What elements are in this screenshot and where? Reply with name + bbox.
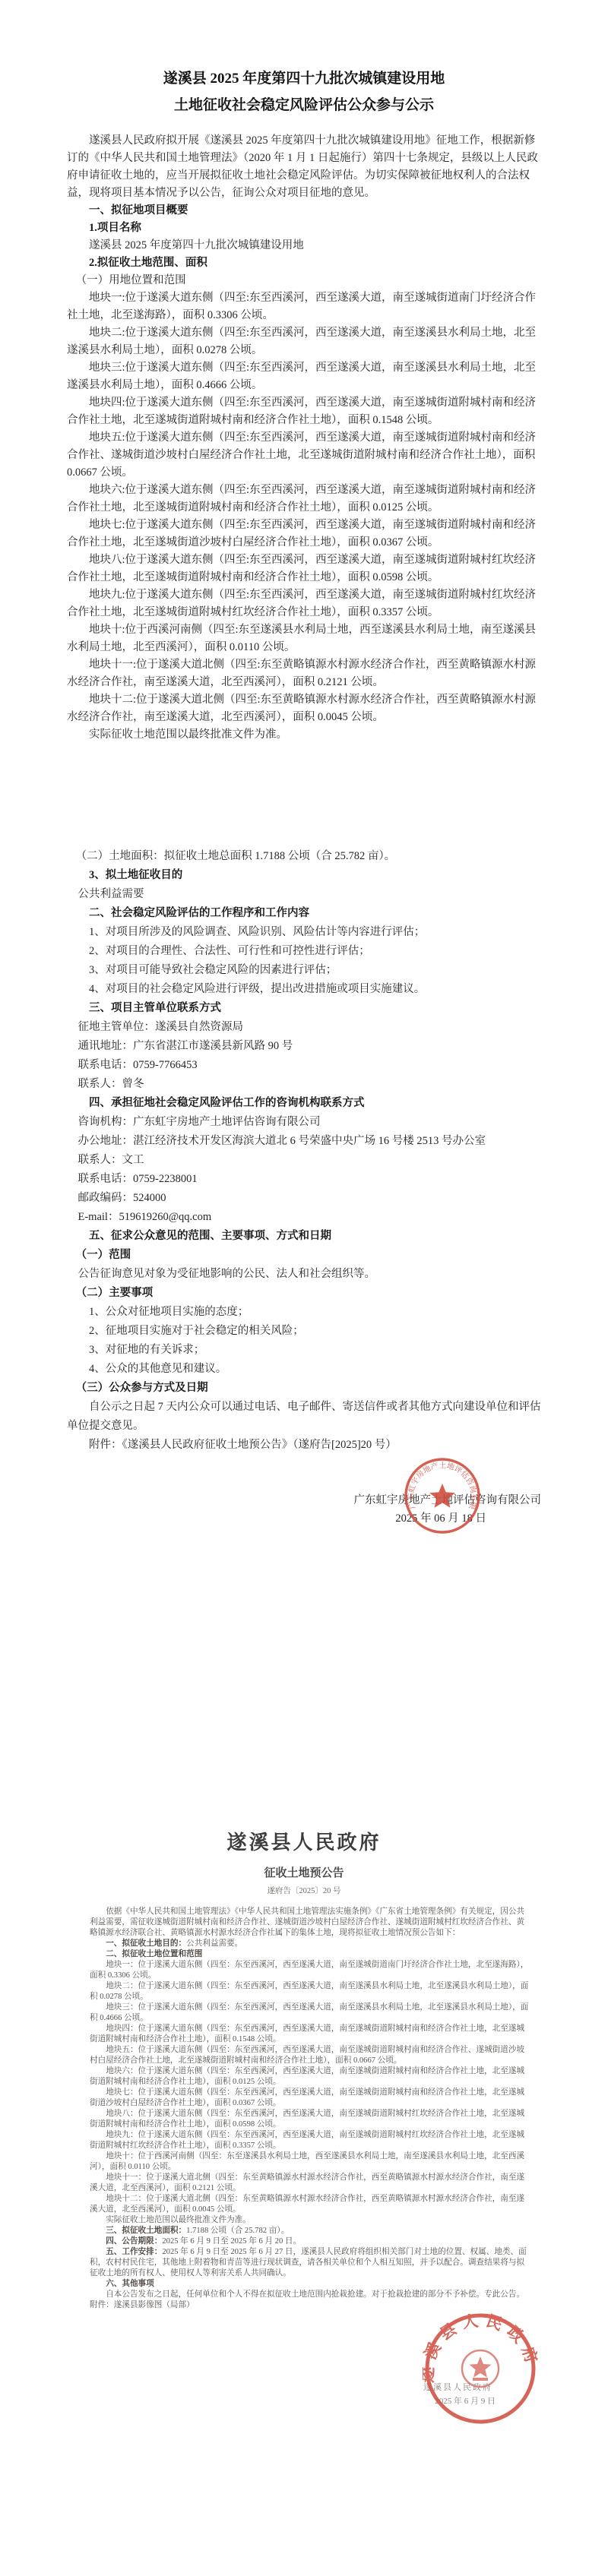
parcel-item: 地块二:位于遂溪大道东侧（四至:东至西溪河，西至遂溪大道，南至遂溪县水利局土地，… [67, 324, 541, 359]
project-name: 遂溪县 2025 年度第四十九批次城镇建设用地 [67, 237, 541, 254]
doc-number: 遂府告〔2025〕20 号 [0, 1885, 608, 1896]
heading-location: （一）用地位置和范围 [67, 272, 541, 289]
matter-item: 2、征地项目实施对于社会稳定的相关风险； [67, 1322, 541, 1341]
authority-line: 征地主管单位：遂溪县自然资源局 [67, 1018, 541, 1037]
parcel-item: 地块七:位于遂溪大道东侧（四至:东至西溪河，西至遂溪大道，南至遂城街道附城村南和… [67, 517, 541, 552]
signature-company: 广东虹宇房地产土地评估咨询有限公司 [354, 1491, 542, 1507]
section-label: 四、公告期限： [106, 2237, 162, 2246]
agency-line: 联系人：文工 [67, 1151, 541, 1170]
agency-line: 咨询机构：广东虹宇房地产土地评估咨询有限公司 [67, 1113, 541, 1132]
parcel-item: 地块十一：位于遂溪大道北侧（四至：东至黄略镇源水村源水经济合作社，西至黄略镇源水… [90, 2173, 532, 2194]
doc1-title: 遂溪县 2025 年度第四十九批次城镇建设用地 土地征收社会稳定风险评估公众参与… [67, 65, 541, 119]
emblem-star-icon [470, 2356, 492, 2378]
authority-line: 联系人：曾冬 [67, 1075, 541, 1094]
section-label: 一、拟征收土地目的： [106, 1939, 186, 1948]
parcel-item: 地块八：位于遂溪大道东侧（四至：东至西溪河，西至遂溪大道，南至遂城街道附城村红坎… [90, 2109, 532, 2130]
matter-item: 1、公众对征地项目实施的态度； [67, 1303, 541, 1322]
heading-project-name: 1.项目名称 [67, 220, 541, 237]
doc2-section-schedule: 五、工作安排：2025 年 6 月 9 日至 2025 年 6 月 27 日，遂… [90, 2247, 532, 2279]
final-note: 实际征收土地范围以最终批准文件为准。 [90, 2215, 532, 2226]
doc1-attachment-line: 附件：《遂溪县人民政府征收土地预公告》（遂府告[2025]20 号） [67, 1436, 541, 1455]
gov-title: 遂溪县人民政府 [0, 1827, 608, 1855]
announcement-page: 遂溪县 2025 年度第四十九批次城镇建设用地 土地征收社会稳定风险评估公众参与… [0, 0, 608, 2576]
agency-line: 办公地址：湛江经济技术开发区海滨大道北 6 号荣盛中央广场 16 号楼 2513… [67, 1132, 541, 1151]
doc2-attachment-line: 附件：遂溪县影像图（局部） [90, 2300, 532, 2311]
parcel-item: 地块五：位于遂溪大道东侧（四至：东至西溪河，西至遂溪大道，南至遂城街道附城村南和… [90, 2045, 532, 2066]
doc2-section-purpose: 一、拟征收土地目的：公共利益需要。 [90, 1939, 532, 1949]
parcel-item: 地块四：位于遂溪大道东侧（四至：东至西溪河，西至遂溪大道，南至遂城街道附城村南和… [90, 2024, 532, 2045]
doc1-title-line1: 遂溪县 2025 年度第四十九批次城镇建设用地 [67, 65, 541, 92]
parcel-item: 地块九:位于遂溪大道东侧（四至:东至西溪河，西至遂溪大道，南至遂城街道附城村红坎… [67, 586, 541, 621]
parcel-item: 地块十二：位于遂溪大道北侧（四至：东至黄略镇源水村源水经济合作社，西至黄略镇源水… [90, 2194, 532, 2215]
parcel-item: 地块十二:位于遂溪大道北侧（四至:东至黄略镇源水村源水经济合作社，西至黄略镇源水… [67, 691, 541, 726]
gov-signature-date: 2025 年 6 月 9 日 [435, 2394, 496, 2407]
section-label: 五、工作安排： [106, 2248, 162, 2256]
parcel-item: 地块三：位于遂溪大道东侧（四至：东至西溪河，西至遂溪大道，南至遂溪县水利局土地，… [90, 2002, 532, 2024]
doc2-section-period: 四、公告期限：2025 年 6 月 9 日至 2025 年 6 月 20 日。 [90, 2236, 532, 2247]
doc1-body-part1: 遂溪县人民政府拟开展《遂溪县 2025 年度第四十九批次城镇建设用地》征地工作，… [67, 132, 541, 744]
parcel-item: 地块十一:位于遂溪大道北侧（四至:东至黄略镇源水村源水经济合作社，西至黄略镇源水… [67, 656, 541, 691]
pre-announcement-attachment: 遂溪县人民政府 征收土地预公告 遂府告〔2025〕20 号 依据《中华人民共和国… [0, 1599, 608, 2448]
heading-assessment: 二、社会稳定风险评估的工作程序和工作内容 [67, 904, 541, 923]
svg-text:遂溪县人民政府: 遂溪县人民政府 [423, 2311, 538, 2383]
parcel-item: 地块二：位于遂溪大道东侧（四至：东至西溪河，西至遂溪大道，南至遂溪县水利局土地，… [90, 1981, 532, 2002]
notice-title: 征收土地预公告 [0, 1864, 608, 1880]
land-area-line: （二）土地面积：拟征收土地总面积 1.7188 公顷（合 25.782 亩）。 [67, 847, 541, 866]
heading-opinion-range: （一）范围 [67, 1246, 541, 1265]
parcel-item: 地块六:位于遂溪大道东侧（四至:东至西溪河，西至遂溪大道，南至遂城街道附城村南和… [67, 482, 541, 517]
assess-item: 4、对项目的社会稳定风险进行评级，提出改进措施或项目实施建议。 [67, 980, 541, 999]
parcel-item: 地块八:位于遂溪大道东侧（四至:东至西溪河，西至遂溪大道，南至遂城街道附城村红坎… [67, 552, 541, 586]
opinion-method-text: 自公示之日起 7 天内公众可以通过电话、电子邮件、寄送信件或者其他方式向建设单位… [67, 1398, 541, 1436]
page-break-gap [67, 744, 541, 847]
parcel-item: 地块五:位于遂溪大道东侧（四至:东至西溪河，西至遂溪大道，南至遂城街道附城村南和… [67, 429, 541, 482]
parcel-item: 地块十：位于西溪河南侧（四至：东至遂溪县水利局土地，西至遂溪县水利局土地，南至遂… [90, 2151, 532, 2173]
government-seal-icon: 遂溪县人民政府 [423, 2311, 538, 2426]
parcel-item: 地块三:位于遂溪大道东侧（四至:东至西溪河，西至遂溪大道，南至遂溪县水利局土地，… [67, 359, 541, 394]
agency-line: 联系电话：0759-2238001 [67, 1170, 541, 1189]
doc1-signature-block: 广东虹宇房地产土地评估咨询有限公司 2025 年 06 月 18 日 广东虹宇房… [67, 1470, 541, 1599]
final-note: 实际征收土地范围以最终批准文件为准。 [67, 726, 541, 744]
doc1-intro: 遂溪县人民政府拟开展《遂溪县 2025 年度第四十九批次城镇建设用地》征地工作，… [67, 132, 541, 202]
parcel-item: 地块一：位于遂溪大道东侧（四至：东至西溪河，西至遂溪大道，南至遂城街道南门圩经济… [90, 1960, 532, 1981]
heading-overview: 一、拟征地项目概要 [67, 202, 541, 220]
signature-date: 2025 年 06 月 18 日 [395, 1509, 486, 1525]
doc2-signature-block: 遂溪县人民政府 2025 年 6 月 9 日 遂溪县人民政府 [90, 2311, 532, 2448]
gov-signature-name: 遂溪县人民政府 [423, 2381, 492, 2393]
heading-scope: 2.拟征收土地范围、面积 [67, 254, 541, 272]
parcel-item: 地块十:位于西溪河南侧（四至:东至遂溪县水利局土地，西至遂溪县水利局土地，南至遂… [67, 621, 541, 656]
parcel-item: 地块七：位于遂溪大道东侧（四至：东至西溪河，西至遂溪大道，南至遂城街道附城村南和… [90, 2088, 532, 2109]
heading-purpose: 3、拟土地征收目的 [67, 866, 541, 885]
section-text: 1.7188 公顷（合 25.782 亩）。 [186, 2227, 289, 2235]
doc2-body: 依据《中华人民共和国土地管理法》《中华人民共和国土地管理法实施条例》《广东省土地… [90, 1907, 532, 2311]
heading-opinion-method: （三）公众参与方式及日期 [67, 1379, 541, 1398]
assess-item: 2、对项目的合理性、合法性、可行性和可控性进行评估； [67, 942, 541, 961]
parcel-item: 地块六：位于遂溪大道东侧（四至：东至西溪河，西至遂溪大道，南至遂城街道附城村南和… [90, 2066, 532, 2088]
public-participation-notice: 遂溪县 2025 年度第四十九批次城镇建设用地 土地征收社会稳定风险评估公众参与… [0, 0, 608, 1599]
seal-curved-text: 遂溪县人民政府 [423, 2311, 538, 2383]
doc1-title-line2: 土地征收社会稳定风险评估公众参与公示 [67, 92, 541, 119]
heading-opinion-matters: （二）主要事项 [67, 1284, 541, 1303]
opinion-range-text: 公告征询意见对象为受征地影响的公民、法人和社会组织等。 [67, 1265, 541, 1284]
authority-line: 通讯地址：广东省湛江市遂溪县新风路 90 号 [67, 1037, 541, 1056]
doc2-other-text: 自本公告发布之日起，任何单位和个人不得在拟征收土地范围内抢栽抢建。对于抢栽抢建的… [90, 2290, 532, 2300]
section-text: 公共利益需要。 [186, 1939, 242, 1948]
doc2-intro: 依据《中华人民共和国土地管理法》《中华人民共和国土地管理法实施条例》《广东省土地… [90, 1907, 532, 1939]
matter-item: 3、对征地的有关诉求； [67, 1341, 541, 1360]
heading-agency-contact: 四、承担征地社会稳定风险评估工作的咨询机构联系方式 [67, 1094, 541, 1113]
parcel-item: 地块一:位于遂溪大道东侧（四至:东至西溪河，西至遂溪大道，南至遂城街道南门圩经济… [67, 289, 541, 324]
parcel-item: 地块九：位于遂溪大道东侧（四至：东至西溪河，西至遂溪大道，南至遂城街道附城村红坎… [90, 2130, 532, 2151]
matter-item: 4、公众的其他意见和建议。 [67, 1360, 541, 1379]
assess-item: 3、对项目可能导致社会稳定风险的因素进行评估； [67, 961, 541, 980]
agency-line: 邮政编码：524000 [67, 1189, 541, 1208]
parcel-item: 地块四:位于遂溪大道东侧（四至:东至西溪河，西至遂溪大道，南至遂城街道附城村南和… [67, 394, 541, 429]
doc2-section-location: 二、拟征收土地位置和范围 [90, 1949, 532, 1960]
doc1-body-part2: （二）土地面积：拟征收土地总面积 1.7188 公顷（合 25.782 亩）。 … [67, 847, 541, 1455]
heading-opinion: 五、征求公众意见的范围、主要事项、方式和日期 [67, 1227, 541, 1246]
section-text: 2025 年 6 月 9 日至 2025 年 6 月 20 日。 [162, 2237, 301, 2246]
authority-line: 联系电话：0759-7766453 [67, 1056, 541, 1075]
agency-line: E-mail：519619260@qq.com [67, 1208, 541, 1227]
heading-authority-contact: 三、项目主管单位联系方式 [67, 999, 541, 1018]
assess-item: 1、对项目所涉及的风险调查、风险识别、风险估计等内容进行评估； [67, 923, 541, 942]
purpose-text: 公共利益需要 [67, 885, 541, 904]
section-label: 三、拟征收土地面积： [106, 2227, 186, 2235]
doc2-section-other: 六、其他事项 [90, 2279, 532, 2290]
doc2-section-area: 三、拟征收土地面积：1.7188 公顷（合 25.782 亩）。 [90, 2226, 532, 2236]
